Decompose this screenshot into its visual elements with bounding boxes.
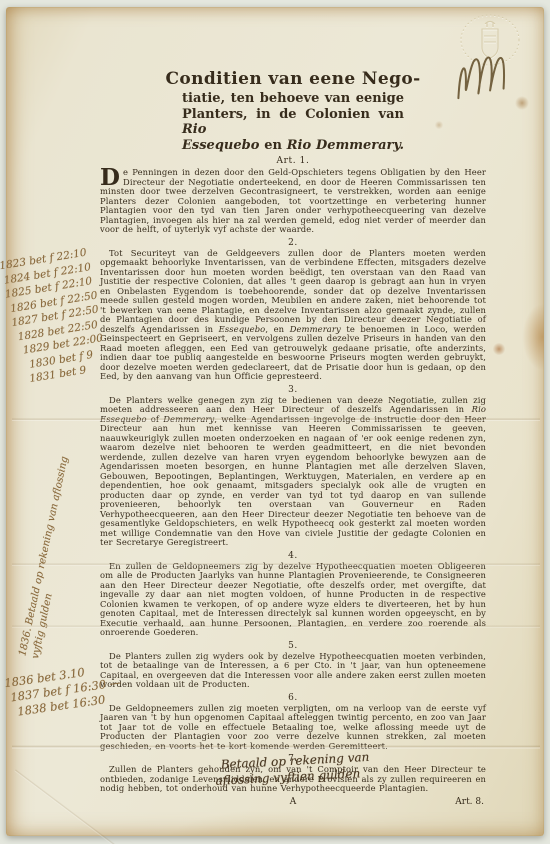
article-2-text: Tot Securiteyt van de Geldgeevers zullen… — [100, 249, 486, 382]
article-1-text: De Penningen in dezen door den Geld-Opsc… — [100, 168, 486, 235]
margin-payment-notes: 1823 bet f 22:10 1824 bet f 22:10 1825 b… — [0, 242, 128, 388]
next-article-ref: Art. 8. — [455, 797, 484, 807]
fold-crease — [12, 745, 540, 749]
title-line-1: Conditien van eene Nego- — [100, 69, 486, 89]
fold-crease — [12, 625, 540, 628]
article-1-heading: Art. 1. — [100, 156, 486, 167]
paper-sheet: Conditien van eene Nego- tiatie, ten beh… — [6, 7, 544, 836]
drop-cap: D — [100, 168, 123, 187]
document-title: Conditien van eene Nego- tiatie, ten beh… — [100, 69, 486, 153]
article-6-text: De Geldopneemers zullen zig moeten verpl… — [100, 704, 486, 752]
printed-text-block: Conditien van eene Nego- tiatie, ten beh… — [100, 69, 486, 809]
fold-crease — [12, 563, 540, 566]
title-line-3: Planters, in de Colonien van Rio — [182, 107, 404, 138]
scanned-document: Conditien van eene Nego- tiatie, ten beh… — [0, 0, 550, 844]
title-subtitle: tiatie, ten behoeve van eenige Planters,… — [182, 91, 404, 153]
fold-crease — [12, 418, 540, 421]
footer-line: A Art. 8. — [100, 797, 486, 809]
catchword: A — [290, 797, 297, 807]
article-5-text: De Planters zullen zig wyders ook by dez… — [100, 652, 486, 690]
title-line-4: Essequebo en Rio Demmerary. — [182, 138, 404, 154]
title-line-2: tiatie, ten behoeve van eenige — [182, 91, 404, 107]
article-1-body: e Penningen in dezen door den Geld-Opsch… — [100, 167, 486, 234]
